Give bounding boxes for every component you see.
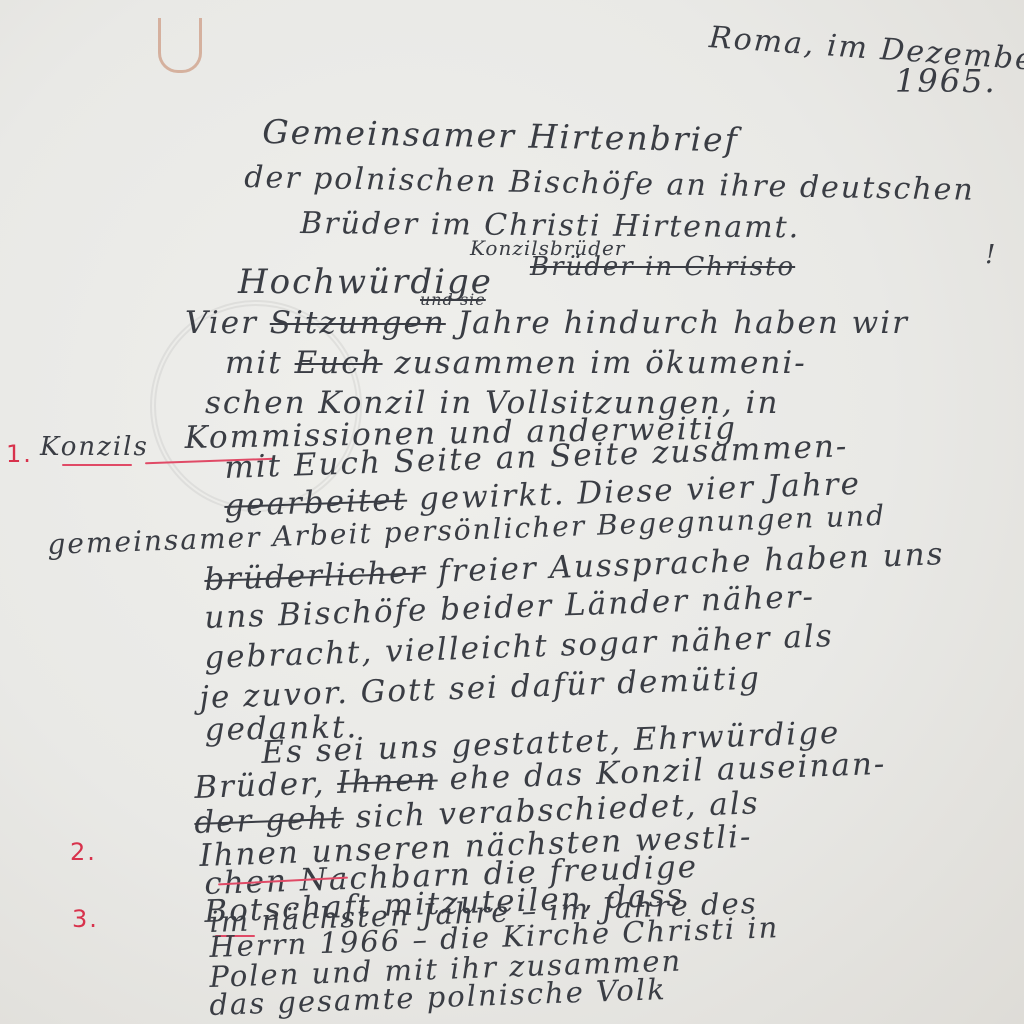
margin-konzils: Konzils xyxy=(40,432,149,462)
margin-note-2: 2. xyxy=(70,838,97,866)
body-line-2: mit Euch zusammen im ökumeni- xyxy=(225,345,807,381)
orange-pencil-mark xyxy=(158,18,202,73)
margin-note-3: 3. xyxy=(72,905,99,933)
salutation-end: ! xyxy=(985,240,997,270)
body-line-1: Vier Sitzungen Jahre hindurch haben wir xyxy=(185,305,909,341)
red-underline-1 xyxy=(62,464,132,466)
salutation-struck: Brüder in Christo xyxy=(530,252,795,282)
letter-page: Roma, im Dezember 1965. Gemeinsamer Hirt… xyxy=(0,0,1024,1024)
margin-note-1: 1. xyxy=(6,440,33,468)
title-line-1: Gemeinsamer Hirtenbrief xyxy=(262,112,739,159)
year: 1965. xyxy=(895,62,997,100)
title-line-2: der polnischen Bischöfe an ihre deutsche… xyxy=(244,160,975,208)
